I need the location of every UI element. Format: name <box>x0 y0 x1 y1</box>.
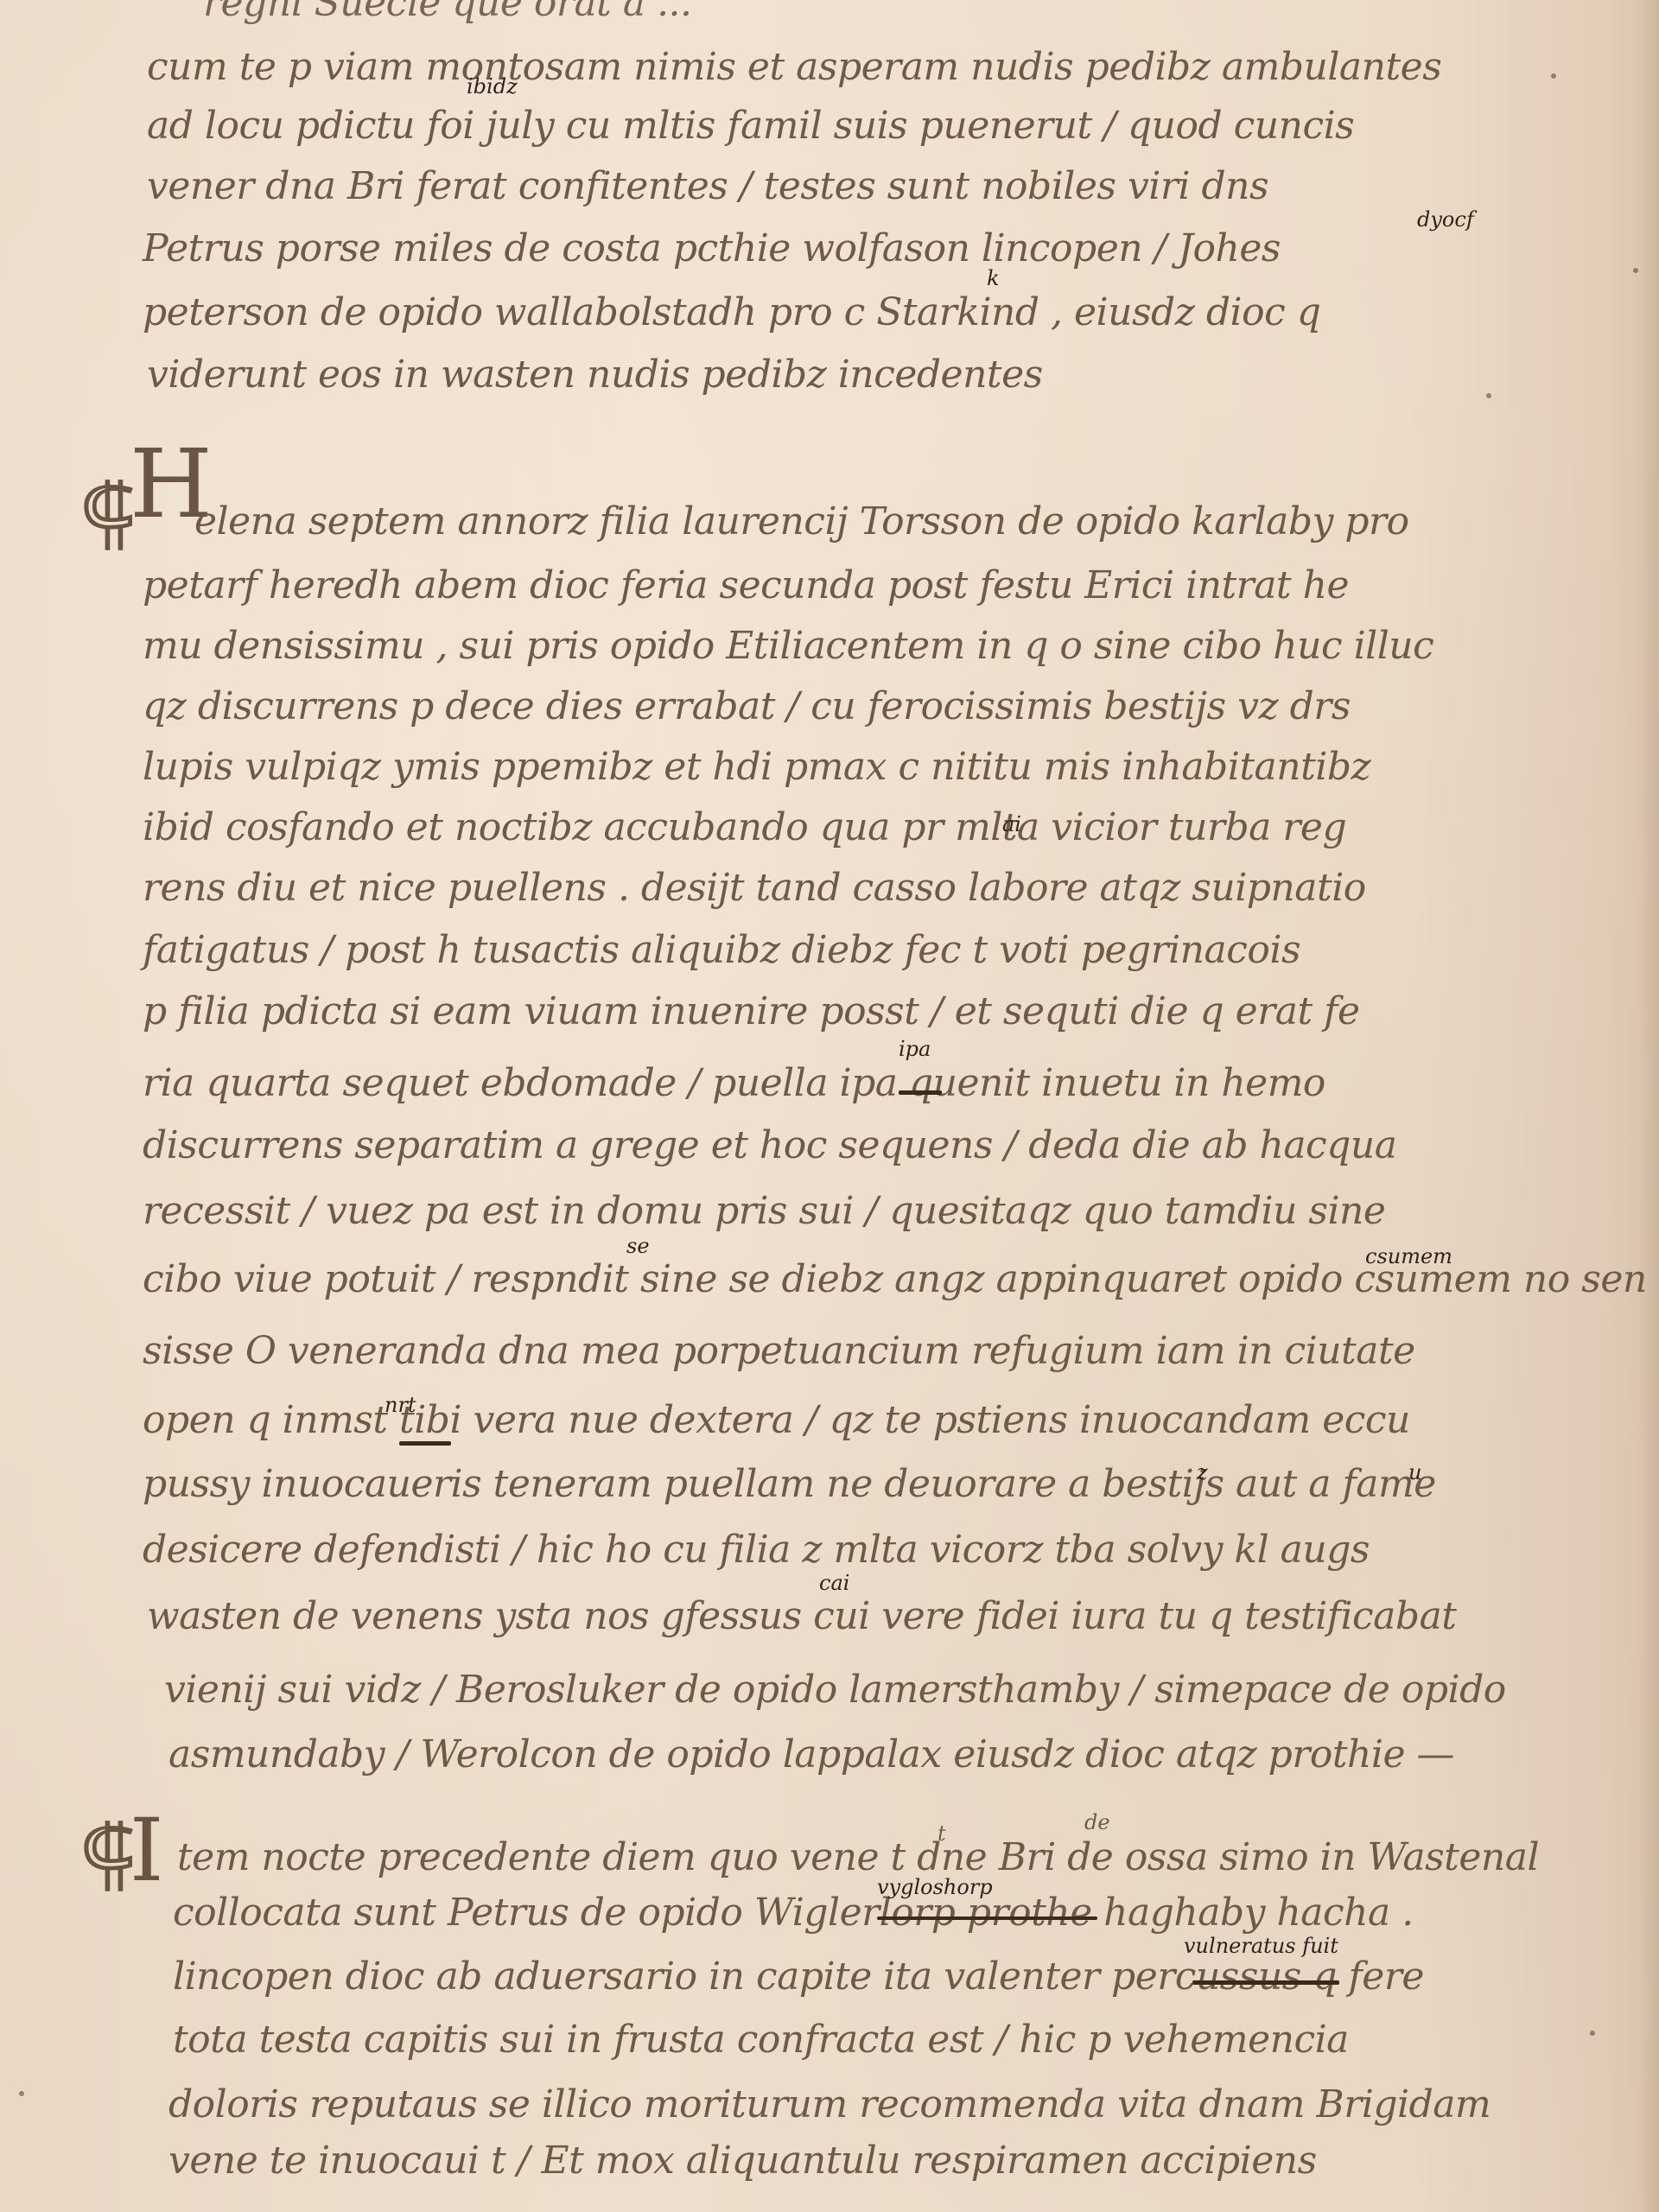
interlinear-gloss: t <box>938 1821 946 1846</box>
manuscript-line: vener dna Bri ferat confitentes / testes… <box>147 164 1268 208</box>
interlinear-gloss: vygloshorp <box>877 1875 993 1899</box>
ink-speck <box>1551 73 1556 79</box>
manuscript-line: wasten de venens ysta nos gfessus cui ve… <box>147 1594 1456 1638</box>
interlinear-gloss: ipa <box>899 1037 931 1061</box>
manuscript-line: rens diu et nice puellens . desijt tand … <box>143 866 1366 910</box>
manuscript-page: regni Suecie que orat a ... cum te p via… <box>0 0 1659 2212</box>
manuscript-line: recessit / vuez pa est in domu pris sui … <box>143 1189 1385 1233</box>
interlinear-gloss: ibidz <box>467 74 518 99</box>
ink-speck <box>19 2091 24 2096</box>
manuscript-line: qz discurrens p dece dies errabat / cu f… <box>143 684 1351 728</box>
manuscript-line: doloris reputaus se illico moriturum rec… <box>168 2082 1491 2126</box>
manuscript-line: cum te p viam montosam nimis et asperam … <box>147 45 1441 89</box>
manuscript-line: lincopen dioc ab aduersario in capite it… <box>173 1955 1424 1999</box>
manuscript-line: vene te inuocaui t / Et mox aliquantulu … <box>168 2139 1317 2183</box>
manuscript-line: regni Suecie que orat a ... <box>203 0 692 25</box>
interlinear-gloss: k <box>987 266 1000 290</box>
interlinear-gloss: csumem <box>1365 1244 1452 1268</box>
manuscript-line: ad locu pdictu foi july cu mltis famil s… <box>147 104 1354 148</box>
decorated-initial: I <box>130 1808 164 1894</box>
manuscript-line: asmundaby / Werolcon de opido lappalax e… <box>168 1732 1454 1777</box>
manuscript-line: petarf heredh abem dioc feria secunda po… <box>143 563 1349 607</box>
manuscript-line: mu densissimu , sui pris opido Etiliacen… <box>143 624 1433 668</box>
manuscript-line: pussy inuocaueris teneram puellam ne deu… <box>143 1462 1436 1506</box>
page-edge-shadow <box>1640 0 1659 2212</box>
manuscript-line: ibid cosfando et noctibz accubando qua p… <box>143 805 1346 849</box>
manuscript-line: viderunt eos in wasten nudis pedibz ince… <box>147 353 1043 397</box>
manuscript-line: tem nocte precedente diem quo vene t dne… <box>177 1835 1539 1879</box>
strikethrough-mark <box>899 1090 942 1095</box>
interlinear-gloss: vulneratus fuit <box>1184 1934 1338 1958</box>
strikethrough-mark <box>877 1916 1097 1920</box>
manuscript-line: discurrens separatim a grege et hoc sequ… <box>143 1123 1396 1167</box>
ink-speck <box>1633 268 1638 273</box>
manuscript-line: collocata sunt Petrus de opido Wiglerlor… <box>173 1891 1414 1935</box>
manuscript-line: fatigatus / post h tusactis aliquibz die… <box>143 928 1300 972</box>
paragraph-mark-icon: ⸿ <box>79 1815 136 1894</box>
interlinear-gloss: u <box>1408 1460 1421 1484</box>
manuscript-line: tota testa capitis sui in frusta confrac… <box>173 2018 1349 2062</box>
interlinear-gloss: z <box>1197 1460 1208 1484</box>
interlinear-gloss: ai <box>1002 812 1021 836</box>
manuscript-line: open q inmst tibi vera nue dextera / qz … <box>143 1398 1410 1442</box>
manuscript-line: Petrus porse miles de costa pcthie wolfa… <box>143 226 1281 270</box>
manuscript-line: ria quarta sequet ebdomade / puella ipa … <box>143 1061 1325 1105</box>
interlinear-gloss: se <box>626 1234 650 1258</box>
strikethrough-mark <box>399 1441 451 1446</box>
strikethrough-mark <box>1192 1980 1339 1985</box>
manuscript-line: p filia pdicta si eam viuam inuenire pos… <box>143 989 1359 1033</box>
interlinear-gloss: cai <box>819 1571 849 1595</box>
interlinear-gloss: de <box>1084 1810 1110 1834</box>
interlinear-gloss: dyocf <box>1417 207 1474 232</box>
manuscript-line: desicere defendisti / hic ho cu filia z … <box>143 1528 1370 1572</box>
paragraph-mark-icon: ⸿ <box>79 474 136 553</box>
ink-speck <box>1590 2031 1595 2036</box>
manuscript-line: lupis vulpiqz ymis ppemibz et hdi pmax c… <box>143 745 1370 789</box>
manuscript-line: sisse O veneranda dna mea porpetuancium … <box>143 1329 1415 1373</box>
manuscript-line: vienij sui vidz / Berosluker de opido la… <box>164 1668 1506 1712</box>
interlinear-gloss: nrt <box>385 1393 416 1417</box>
manuscript-line: peterson de opido wallabolstadh pro c St… <box>143 290 1320 334</box>
ink-speck <box>1486 393 1491 398</box>
manuscript-line: elena septem annorz filia laurencij Tors… <box>194 499 1409 543</box>
